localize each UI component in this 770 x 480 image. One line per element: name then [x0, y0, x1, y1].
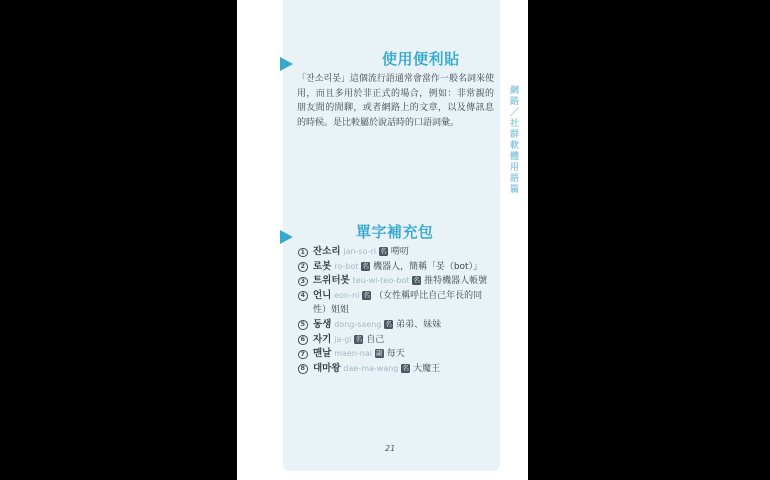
usage-section-title: 使用便利貼: [382, 48, 460, 69]
pos-tag: 名: [361, 262, 370, 271]
meaning-text: 大魔王: [413, 364, 440, 374]
korean-word: 대마왕: [313, 363, 341, 374]
chapter-side-tab: 網路／社群軟體用語篇: [507, 85, 520, 195]
meaning-text: 推特機器人帳號: [424, 276, 487, 286]
section-arrow-icon: [280, 230, 293, 244]
meaning-text: 弟弟、妹妹: [396, 320, 441, 330]
korean-word: 잔소리: [313, 246, 341, 257]
korean-word: 트위터봇: [313, 275, 350, 286]
vocab-item: 1 잔소리 jan-so-ri 名 嘮叨: [298, 245, 495, 260]
romanization: ja-gi: [334, 335, 351, 344]
vocab-item: 3 트위터봇 teu-wi-teo-bot 名 推特機器人帳號: [298, 274, 495, 289]
book-page-screenshot: { "page": { "number": "21", "side_tab": …: [0, 0, 770, 480]
content-panel: 使用便利貼 「잔소리봇」這個流行語通常會當作一般名詞來使用，而且多用於非正式的場…: [283, 0, 500, 471]
meaning-text: 機器人，簡稱「봇（bot）」: [373, 262, 482, 272]
item-number-badge: 8: [298, 364, 308, 374]
romanization: dae-ma-wang: [343, 364, 398, 373]
romanization: maen-nal: [334, 349, 372, 358]
romanization: ro-bot: [334, 262, 358, 271]
vocab-item: 2 로봇 ro-bot 名 機器人，簡稱「봇（bot）」: [298, 260, 495, 275]
item-number-badge: 3: [298, 277, 308, 287]
pos-tag: 名: [401, 364, 410, 373]
pos-tag: 名: [362, 291, 371, 300]
vocab-list: 1 잔소리 jan-so-ri 名 嘮叨 2 로봇 ro-bot 名 機器人，簡…: [298, 245, 495, 376]
vocab-item: 8 대마왕 dae-ma-wang 名 大魔王: [298, 362, 495, 377]
romanization: eon-ni: [334, 291, 359, 300]
item-number-badge: 4: [298, 291, 308, 301]
book-page: 使用便利貼 「잔소리봇」這個流行語通常會當作一般名詞來使用，而且多用於非正式的場…: [237, 0, 528, 480]
vocab-item: 7 맨날 maen-nal 副 每天: [298, 347, 495, 362]
item-number-badge: 1: [298, 248, 308, 258]
item-number-badge: 2: [298, 262, 308, 272]
pos-tag: 名: [379, 247, 388, 256]
korean-word: 자기: [313, 334, 331, 345]
meaning-text: 自己: [366, 335, 384, 345]
vocab-item: 4 언니 eon-ni 名 （女性稱呼比自己年長的同性）姐姐: [298, 289, 495, 318]
korean-word: 언니: [313, 290, 331, 301]
vocab-section-title: 單字補充包: [356, 221, 434, 242]
pos-tag: 名: [384, 320, 393, 329]
item-number-badge: 5: [298, 320, 308, 330]
romanization: teu-wi-teo-bot: [353, 276, 410, 285]
romanization: jan-so-ri: [343, 247, 376, 256]
vocab-item: 6 자기 ja-gi 名 自己: [298, 333, 495, 348]
item-number-badge: 6: [298, 335, 308, 345]
korean-word: 동생: [313, 319, 331, 330]
pos-tag: 名: [354, 335, 363, 344]
meaning-text: 每天: [387, 349, 405, 359]
romanization: dong-saeng: [334, 320, 381, 329]
korean-word: 맨날: [313, 348, 331, 359]
usage-section-body: 「잔소리봇」這個流行語通常會當作一般名詞來使用，而且多用於非正式的場合，例如：非…: [297, 72, 494, 130]
meaning-text: 嘮叨: [391, 247, 409, 257]
item-number-badge: 7: [298, 350, 308, 360]
section-arrow-icon: [280, 57, 293, 71]
pos-tag: 名: [412, 276, 421, 285]
korean-word: 로봇: [313, 261, 331, 272]
pos-tag: 副: [375, 349, 384, 358]
page-number: 21: [385, 444, 395, 453]
vocab-item: 5 동생 dong-saeng 名 弟弟、妹妹: [298, 318, 495, 333]
